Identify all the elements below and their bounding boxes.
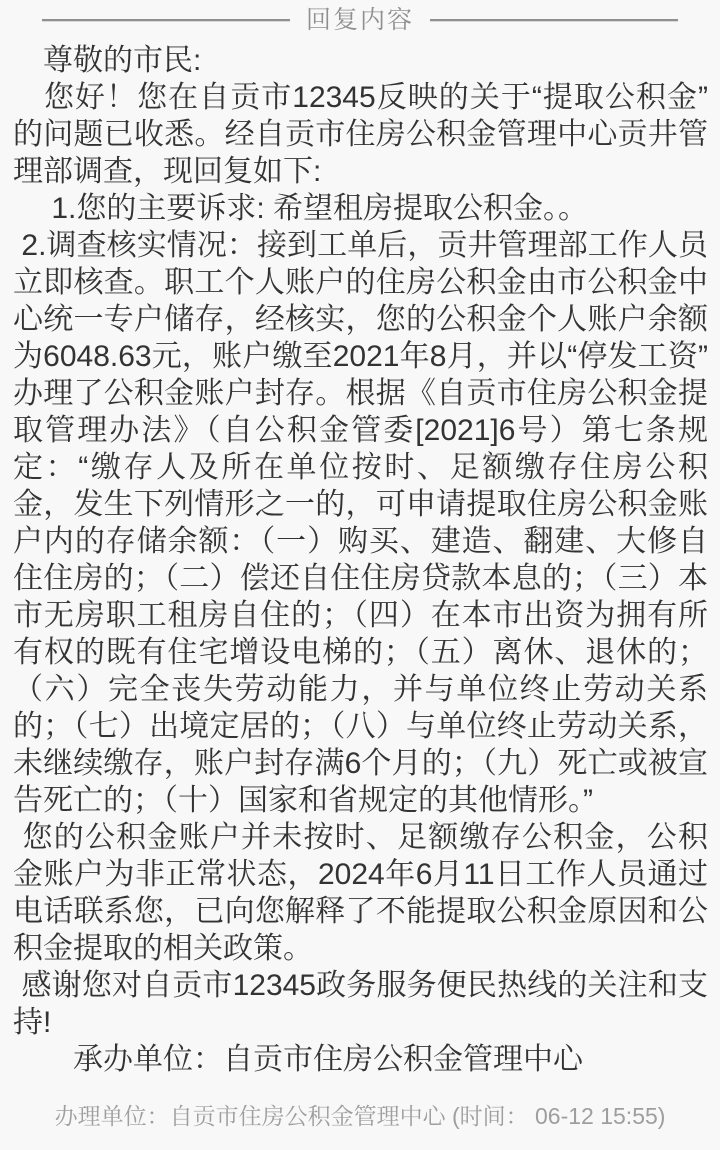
paragraph-account-status: 您的公积金账户并未按时、足额缴存公积金，公积金账户为非正常状态，2024年6月1…: [13, 819, 708, 967]
paragraph-greeting: 尊敬的市民:: [13, 42, 708, 79]
reply-body: 尊敬的市民: 您好！您在自贡市12345反映的关于“提取公积金”的问题已收悉。经…: [0, 34, 720, 1102]
footer: 办理单位：自贡市住房公积金管理中心 (时间： 06-12 15:55): [0, 1102, 720, 1150]
paragraph-investigation: 2.调查核实情况：接到工单后，贡井管理部工作人员立即核查。职工个人账户的住房公积…: [13, 227, 708, 819]
footer-handling-info: 办理单位：自贡市住房公积金管理中心 (时间： 06-12 15:55): [55, 1103, 666, 1129]
paragraph-demand: 1.您的主要诉求: 希望租房提取公积金。。: [13, 190, 708, 227]
reply-page: 回复内容 尊敬的市民: 您好！您在自贡市12345反映的关于“提取公积金”的问题…: [0, 0, 720, 1150]
paragraph-intro: 您好！您在自贡市12345反映的关于“提取公积金”的问题已收悉。经自贡市住房公积…: [13, 79, 708, 190]
header-divider-right: [430, 19, 678, 22]
header-title: 回复内容: [306, 6, 414, 34]
header-divider-left: [42, 19, 290, 22]
paragraph-thanks: 感谢您对自贡市12345政务服务便民热线的关注和支持!: [13, 967, 708, 1041]
header: 回复内容: [0, 6, 720, 34]
paragraph-undertaker: 承办单位：自贡市住房公积金管理中心: [13, 1041, 708, 1078]
